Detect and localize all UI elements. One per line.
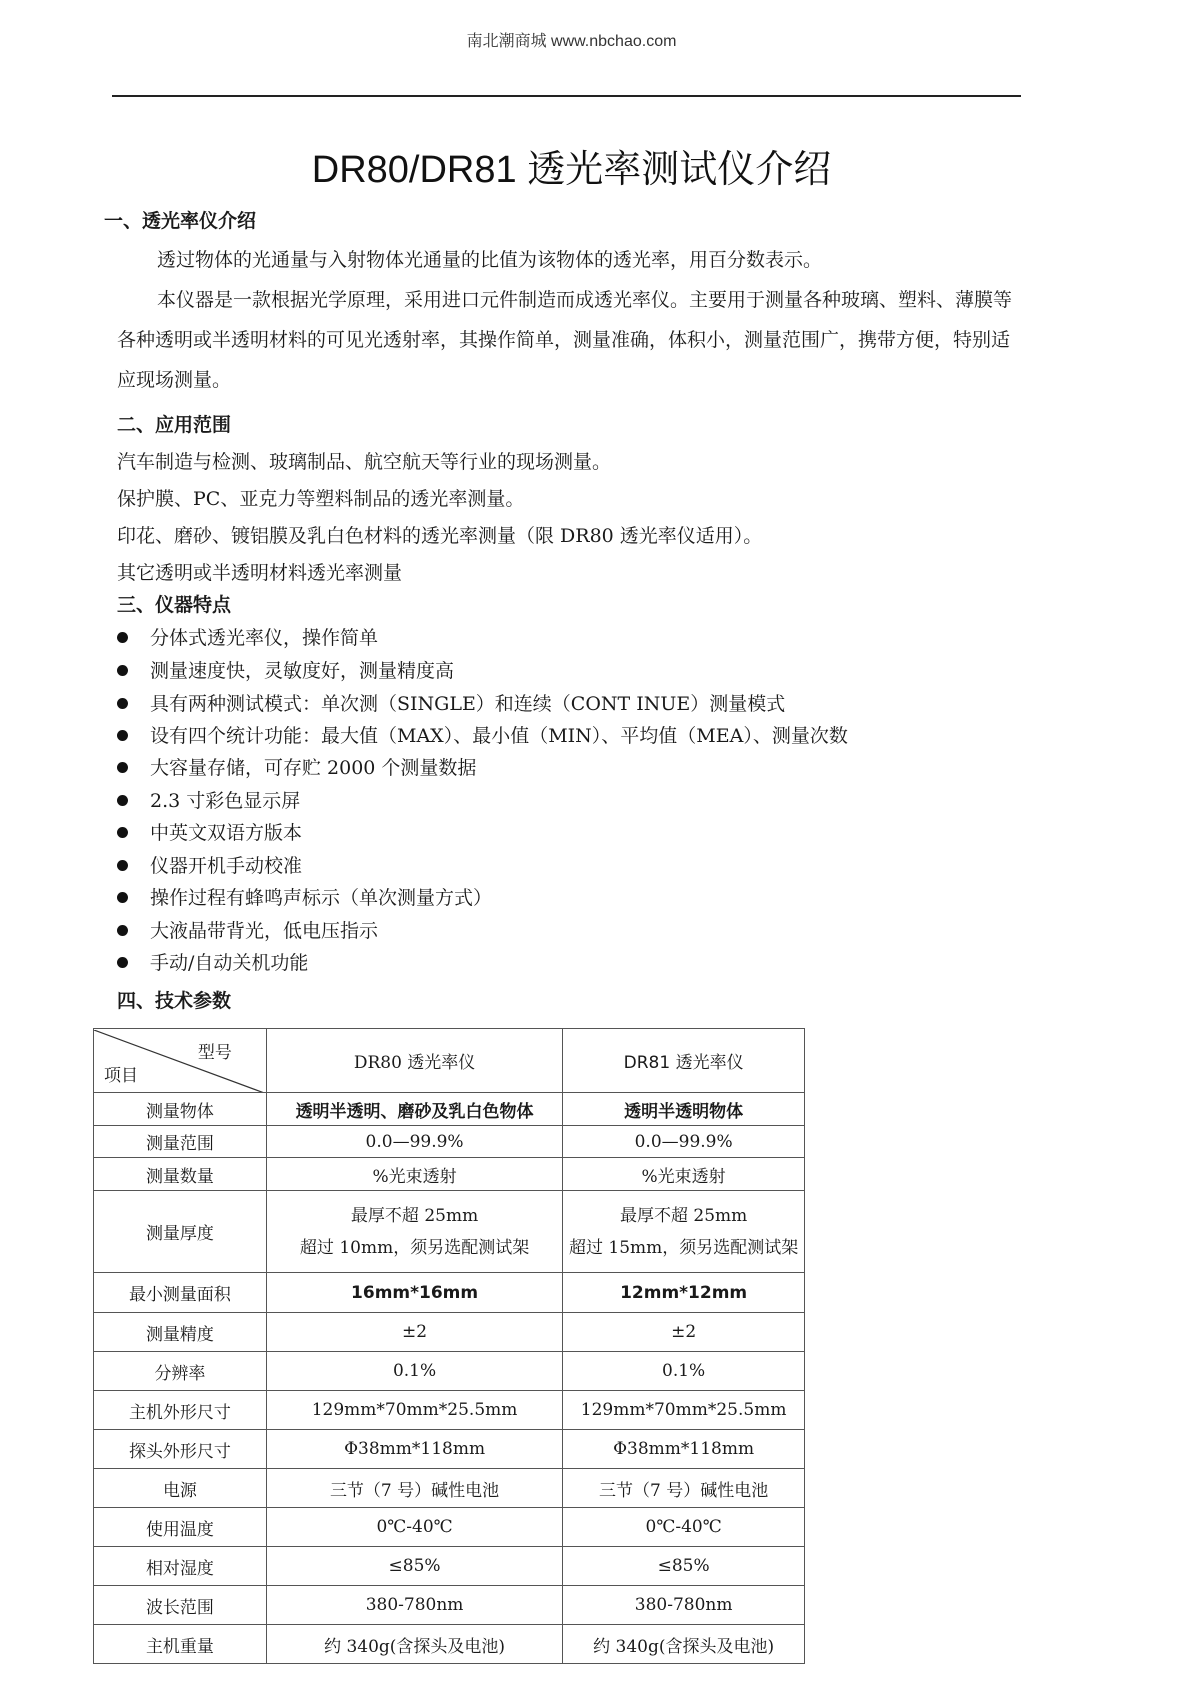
section-1-paragraph-1: 透过物体的光通量与入射物体光通量的比值为该物体的透光率，用百分数表示。	[117, 240, 1027, 280]
row-label: 探头外形尺寸	[94, 1430, 267, 1469]
cell-dr81: 129mm*70mm*25.5mm	[563, 1391, 805, 1430]
feature-bullet: 2.3 寸彩色显示屏	[117, 786, 300, 813]
cell-dr80: ±2	[266, 1313, 562, 1352]
feature-bullet: 测量速度快，灵敏度好，测量精度高	[117, 656, 454, 683]
feature-bullet: 仪器开机手动校准	[117, 851, 302, 878]
row-label: 电源	[94, 1469, 267, 1508]
bullet-icon	[117, 632, 128, 643]
cell-dr81: Φ38mm*118mm	[563, 1430, 805, 1469]
corner-label-model: 型号	[198, 1038, 232, 1063]
cell-dr80: 约 340g(含探头及电池)	[266, 1625, 562, 1664]
cell-dr80: Φ38mm*118mm	[266, 1430, 562, 1469]
bullet-icon	[117, 730, 128, 741]
cell-dr81: %光束透射	[563, 1158, 805, 1191]
cell-dr80: 透明半透明、磨砂及乳白色物体	[266, 1093, 562, 1126]
feature-bullet: 操作过程有蜂鸣声标示（单次测量方式）	[117, 883, 492, 910]
cell-dr81: 0℃-40℃	[563, 1508, 805, 1547]
row-label: 相对湿度	[94, 1547, 267, 1586]
row-label: 主机重量	[94, 1625, 267, 1664]
row-label: 测量物体	[94, 1093, 267, 1126]
cell-dr80: 0.0—99.9%	[266, 1126, 562, 1158]
table-row: 电源 三节（7 号）碱性电池 三节（7 号）碱性电池	[94, 1469, 805, 1508]
spec-table: 型号 项目 DR80 透光率仪 DR81 透光率仪 测量物体 透明半透明、磨砂及…	[93, 1028, 805, 1664]
table-row: 主机外形尺寸 129mm*70mm*25.5mm 129mm*70mm*25.5…	[94, 1391, 805, 1430]
row-label: 测量范围	[94, 1126, 267, 1158]
table-row: 测量数量 %光束透射 %光束透射	[94, 1158, 805, 1191]
cell-dr81: ±2	[563, 1313, 805, 1352]
application-line: 印花、磨砂、镀铝膜及乳白色材料的透光率测量（限 DR80 透光率仪适用）。	[117, 521, 762, 548]
bullet-icon	[117, 665, 128, 676]
table-row: 测量精度 ±2 ±2	[94, 1313, 805, 1352]
row-label: 测量厚度	[94, 1191, 267, 1273]
cell-dr80: 三节（7 号）碱性电池	[266, 1469, 562, 1508]
feature-bullet: 设有四个统计功能：最大值（MAX）、最小值（MIN）、平均值（MEA）、测量次数	[117, 721, 848, 748]
table-row: 相对湿度 ≤85% ≤85%	[94, 1547, 805, 1586]
cell-dr80: 16mm*16mm	[266, 1273, 562, 1313]
table-row: 最小测量面积 16mm*16mm 12mm*12mm	[94, 1273, 805, 1313]
bullet-icon	[117, 860, 128, 871]
table-row: 分辨率 0.1% 0.1%	[94, 1352, 805, 1391]
feature-bullet: 大液晶带背光，低电压指示	[117, 916, 378, 943]
cell-dr81: 0.1%	[563, 1352, 805, 1391]
column-header-dr80: DR80 透光率仪	[266, 1029, 562, 1093]
cell-dr81: ≤85%	[563, 1547, 805, 1586]
header-divider	[112, 95, 1021, 97]
row-label: 测量数量	[94, 1158, 267, 1191]
row-label: 分辨率	[94, 1352, 267, 1391]
cell-dr80: %光束透射	[266, 1158, 562, 1191]
cell-dr80: ≤85%	[266, 1547, 562, 1586]
section-1-paragraph-2: 本仪器是一款根据光学原理，采用进口元件制造而成透光率仪。主要用于测量各种玻璃、塑…	[117, 280, 1027, 400]
cell-dr81: 最厚不超 25mm 超过 15mm，须另选配测试架	[563, 1191, 805, 1273]
bullet-icon	[117, 957, 128, 968]
row-label: 使用温度	[94, 1508, 267, 1547]
table-row: 主机重量 约 340g(含探头及电池) 约 340g(含探头及电池)	[94, 1625, 805, 1664]
row-label: 测量精度	[94, 1313, 267, 1352]
bullet-icon	[117, 827, 128, 838]
cell-dr81: 三节（7 号）碱性电池	[563, 1469, 805, 1508]
corner-cell: 型号 项目	[94, 1029, 267, 1093]
feature-bullet: 中英文双语方版本	[117, 818, 302, 845]
page-header-site: 南北潮商城 www.nbchao.com	[0, 28, 1143, 51]
table-row: 测量范围 0.0—99.9% 0.0—99.9%	[94, 1126, 805, 1158]
bullet-icon	[117, 795, 128, 806]
column-header-dr81: DR81 透光率仪	[563, 1029, 805, 1093]
application-line: 保护膜、PC、亚克力等塑料制品的透光率测量。	[117, 484, 524, 511]
cell-dr80: 最厚不超 25mm 超过 10mm，须另选配测试架	[266, 1191, 562, 1273]
table-row: 探头外形尺寸 Φ38mm*118mm Φ38mm*118mm	[94, 1430, 805, 1469]
table-row: 波长范围 380-780nm 380-780nm	[94, 1586, 805, 1625]
bullet-icon	[117, 892, 128, 903]
table-row: 使用温度 0℃-40℃ 0℃-40℃	[94, 1508, 805, 1547]
section-4-heading: 四、技术参数	[117, 986, 231, 1013]
bullet-icon	[117, 762, 128, 773]
cell-dr81: 透明半透明物体	[563, 1093, 805, 1126]
section-2-heading: 二、应用范围	[117, 410, 231, 437]
cell-dr81: 约 340g(含探头及电池)	[563, 1625, 805, 1664]
corner-label-item: 项目	[104, 1061, 138, 1086]
section-1-heading: 一、透光率仪介绍	[104, 206, 256, 233]
application-line: 其它透明或半透明材料透光率测量	[117, 558, 402, 585]
bullet-icon	[117, 925, 128, 936]
cell-dr80: 0.1%	[266, 1352, 562, 1391]
cell-dr81: 380-780nm	[563, 1586, 805, 1625]
cell-dr80: 129mm*70mm*25.5mm	[266, 1391, 562, 1430]
feature-bullet: 具有两种测试模式：单次测（SINGLE）和连续（CONT INUE）测量模式	[117, 689, 785, 716]
feature-bullet: 分体式透光率仪，操作简单	[117, 623, 378, 650]
cell-dr81: 0.0—99.9%	[563, 1126, 805, 1158]
cell-dr80: 0℃-40℃	[266, 1508, 562, 1547]
cell-dr80: 380-780nm	[266, 1586, 562, 1625]
feature-bullet: 大容量存储，可存贮 2000 个测量数据	[117, 753, 476, 780]
section-3-heading: 三、仪器特点	[117, 590, 231, 617]
table-header-row: 型号 项目 DR80 透光率仪 DR81 透光率仪	[94, 1029, 805, 1093]
row-label: 最小测量面积	[94, 1273, 267, 1313]
cell-dr81: 12mm*12mm	[563, 1273, 805, 1313]
row-label: 主机外形尺寸	[94, 1391, 267, 1430]
application-line: 汽车制造与检测、玻璃制品、航空航天等行业的现场测量。	[117, 447, 611, 474]
feature-bullet: 手动/自动关机功能	[117, 948, 308, 975]
document-title: DR80/DR81 透光率测试仪介绍	[0, 138, 1143, 193]
table-row: 测量厚度 最厚不超 25mm 超过 10mm，须另选配测试架 最厚不超 25mm…	[94, 1191, 805, 1273]
table-row: 测量物体 透明半透明、磨砂及乳白色物体 透明半透明物体	[94, 1093, 805, 1126]
bullet-icon	[117, 698, 128, 709]
row-label: 波长范围	[94, 1586, 267, 1625]
